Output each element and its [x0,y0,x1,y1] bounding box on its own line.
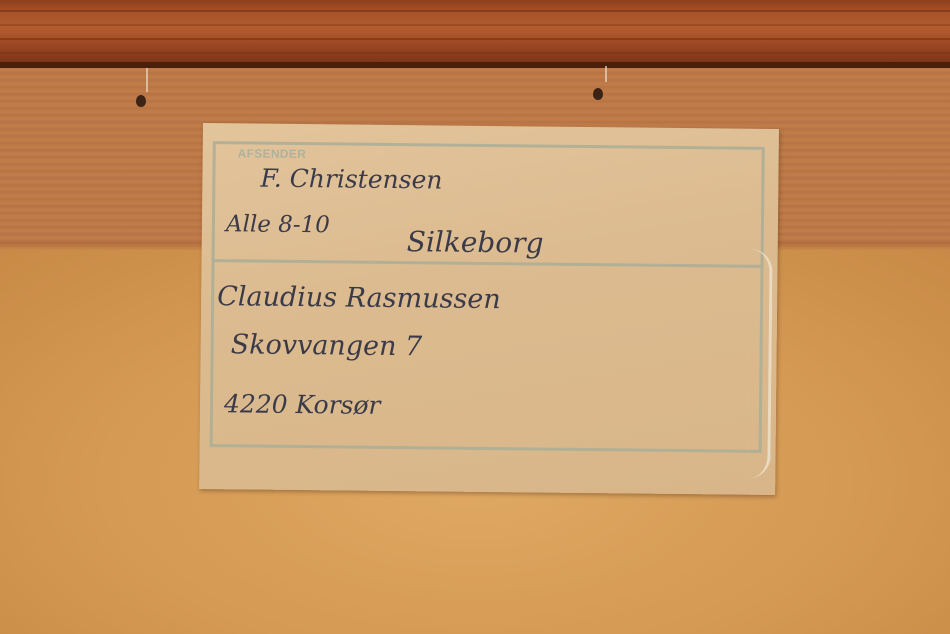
address-label: AFSENDER F. Christensen Alle 8-10 Silkeb… [199,123,779,495]
wood-grain [0,38,950,40]
wood-grain [0,52,950,54]
wood-grain [0,10,950,12]
recipient-city: 4220 Korsør [224,389,381,420]
sender-name: F. Christensen [260,164,442,195]
sender-heading: AFSENDER [238,146,307,161]
wire-glint [605,66,607,82]
wire-glint [146,68,148,92]
wood-grain [0,24,950,26]
recipient-street: Skovvangen 7 [231,329,423,362]
nail-icon [136,95,146,107]
recipient-name: Claudius Rasmussen [217,281,501,315]
sender-street: Alle 8-10 [226,211,330,238]
nail-icon [593,88,603,100]
label-curled-edge [747,249,772,479]
sender-city: Silkeborg [407,225,544,259]
frame-wood-top [0,0,950,64]
